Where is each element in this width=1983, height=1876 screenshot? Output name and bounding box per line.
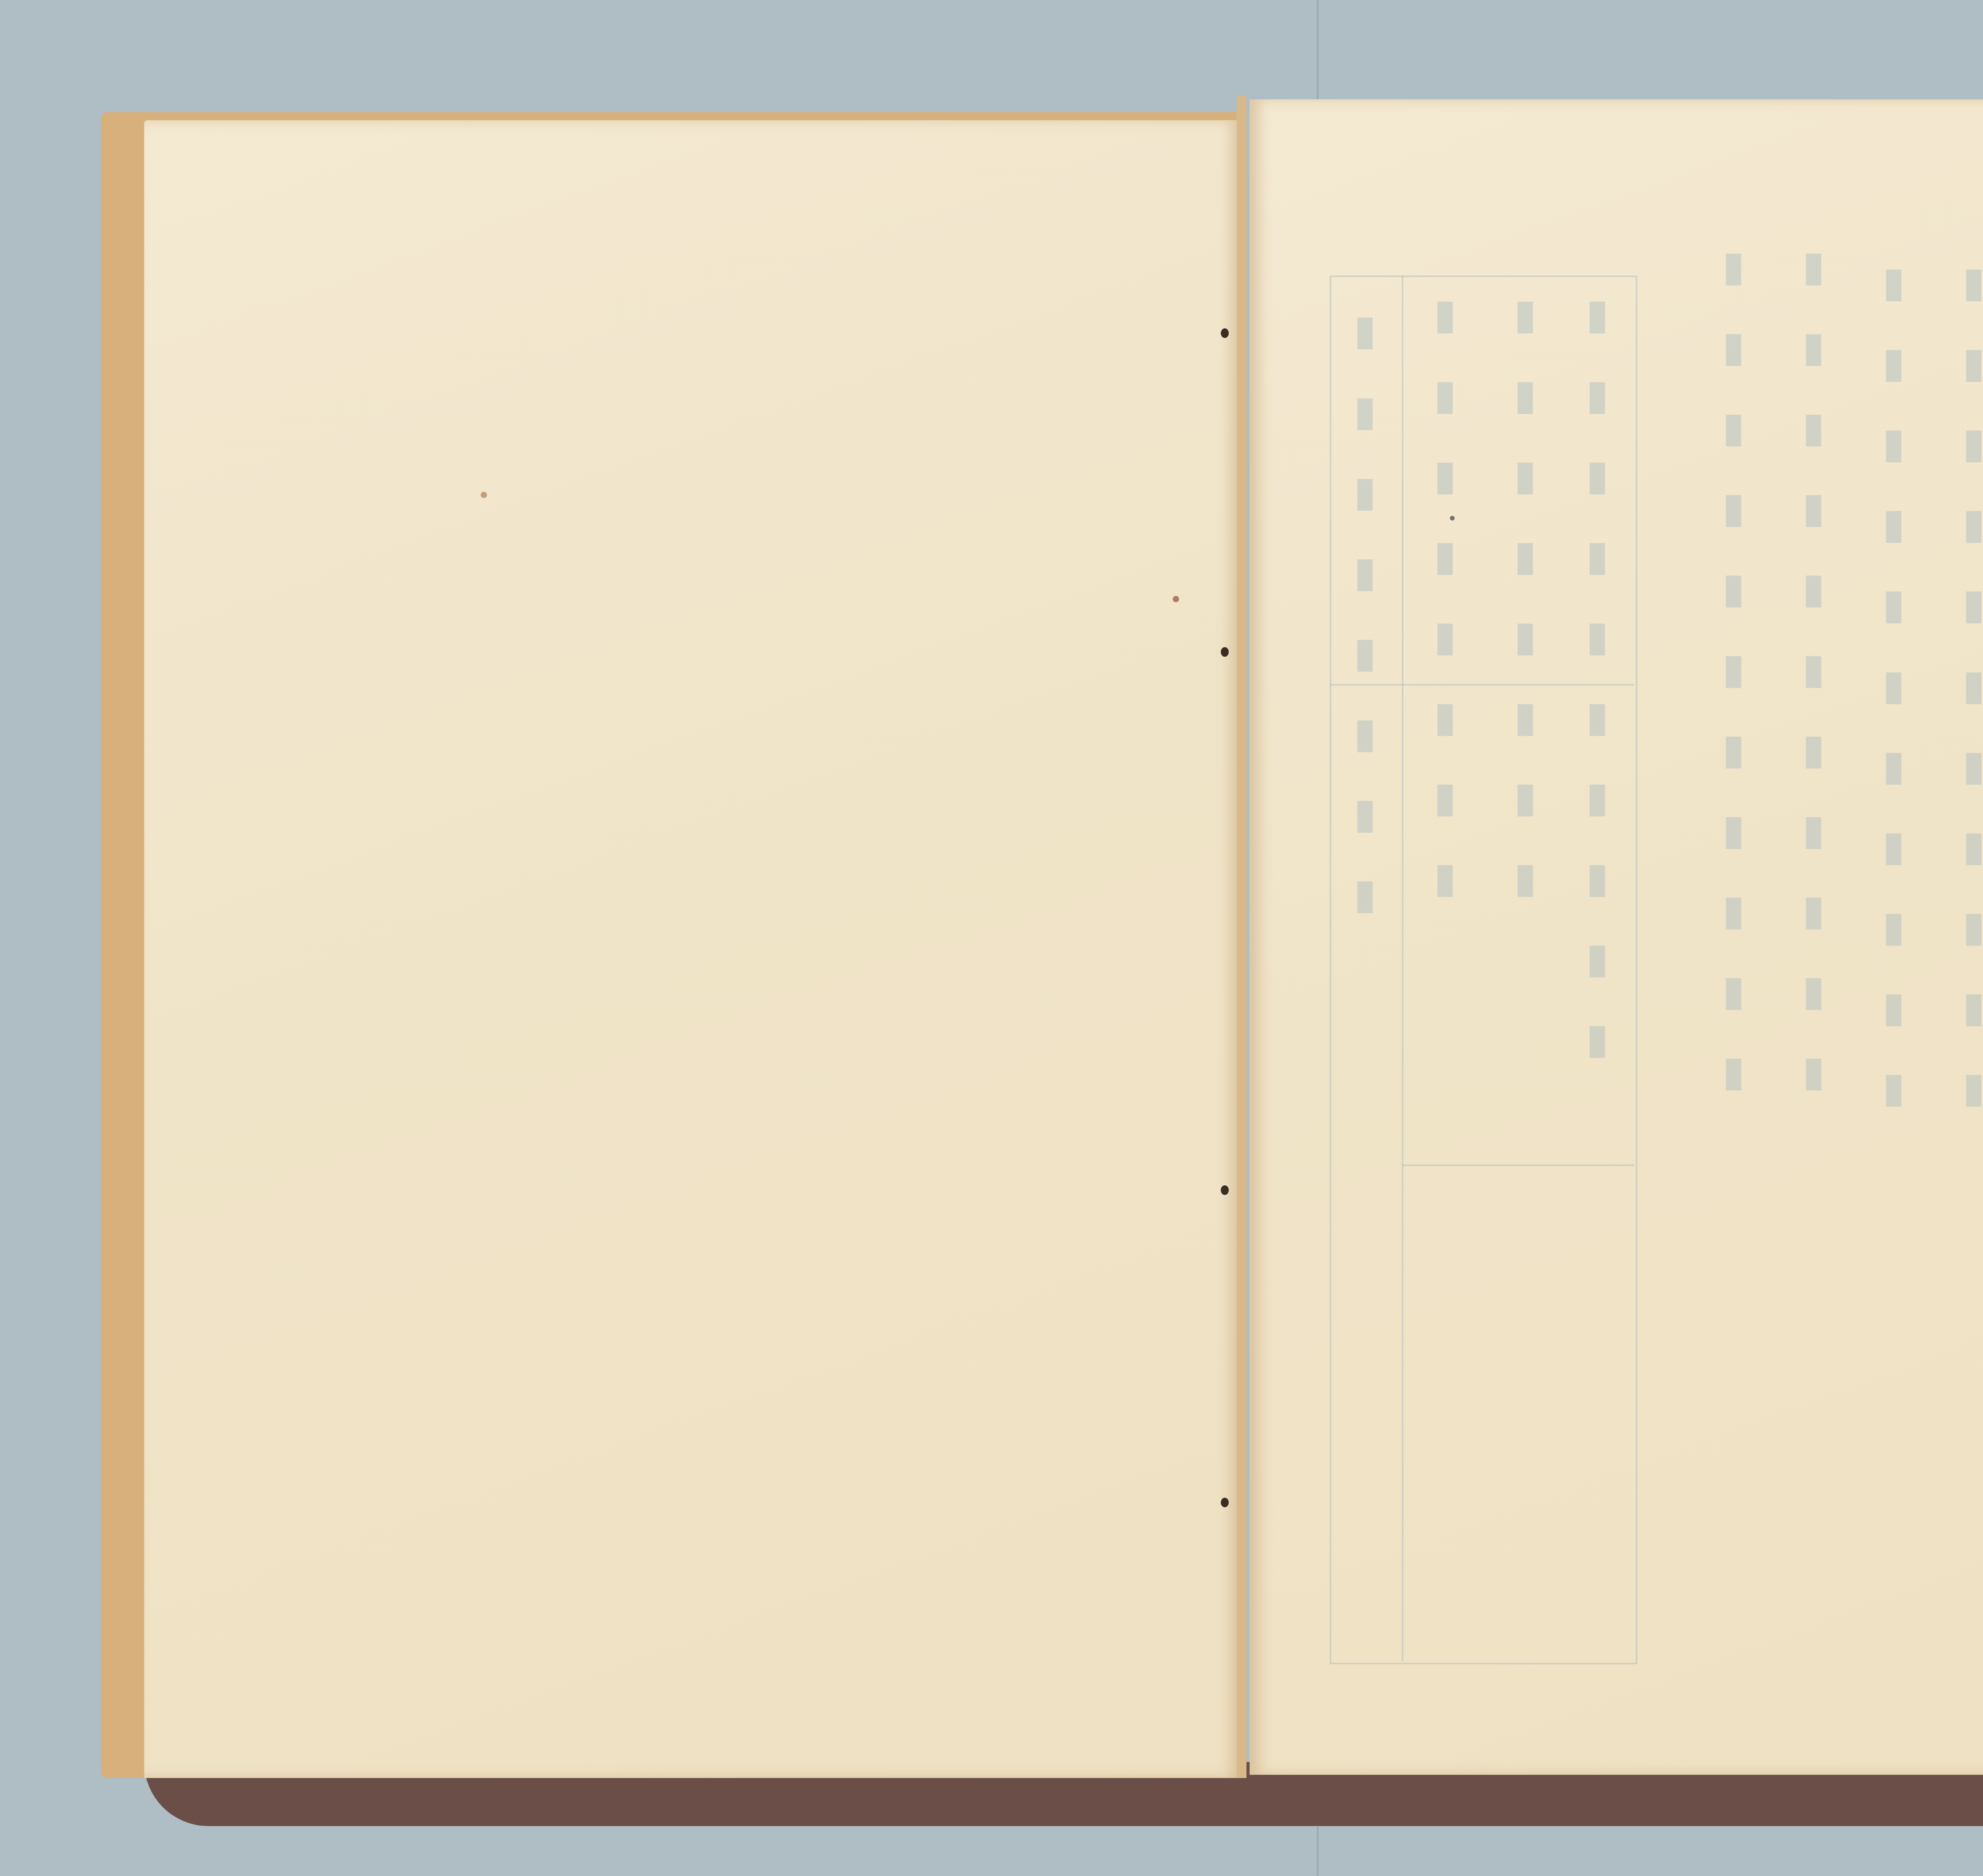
show-through-text-column: ▮ ▮ ▮ ▮ ▮ ▮ ▮ ▮ ▮ ▮ ▮: [1706, 243, 1761, 1685]
show-through-text-column: ▮ ▮ ▮ ▮ ▮ ▮ ▮ ▮ ▮ ▮ ▮: [1786, 243, 1841, 1685]
paper-speck: [1450, 516, 1455, 521]
paper-speck: [481, 492, 487, 498]
binding-hole: [1221, 1185, 1229, 1195]
right-page: ▮ ▮ ▮ ▮ ▮ ▮ ▮ ▮ ▮ ▮ ▮ ▮ ▮ ▮ ▮ ▮ ▮ ▮ ▮ ▮ …: [1250, 99, 1983, 1774]
show-through-text-column: ▮ ▮ ▮ ▮ ▮ ▮ ▮ ▮ ▮ ▮: [1570, 291, 1624, 1653]
binding-hole: [1221, 328, 1229, 338]
binding-hole: [1221, 1498, 1229, 1507]
show-through-rule: [1402, 276, 1404, 1661]
left-page: [144, 120, 1240, 1778]
show-through-text-column: ▮ ▮ ▮ ▮ ▮ ▮ ▮ ▮ ▮ ▮ ▮: [1866, 259, 1921, 1701]
show-through-text-column: ▮ ▮ ▮ ▮ ▮ ▮ ▮ ▮: [1498, 291, 1552, 1253]
binding-hole: [1221, 647, 1229, 657]
paper-speck: [1173, 596, 1179, 602]
scene: ▮ ▮ ▮ ▮ ▮ ▮ ▮ ▮ ▮ ▮ ▮ ▮ ▮ ▮ ▮ ▮ ▮ ▮ ▮ ▮ …: [0, 0, 1983, 1876]
book-gutter: [1237, 96, 1246, 1778]
show-through-text-column: ▮ ▮ ▮ ▮ ▮ ▮ ▮ ▮ ▮ ▮ ▮: [1947, 259, 1983, 1701]
show-through-text-column: ▮ ▮ ▮ ▮ ▮ ▮ ▮ ▮: [1338, 308, 1392, 1429]
show-through-text-column: ▮ ▮ ▮ ▮ ▮ ▮ ▮ ▮: [1418, 291, 1472, 1253]
